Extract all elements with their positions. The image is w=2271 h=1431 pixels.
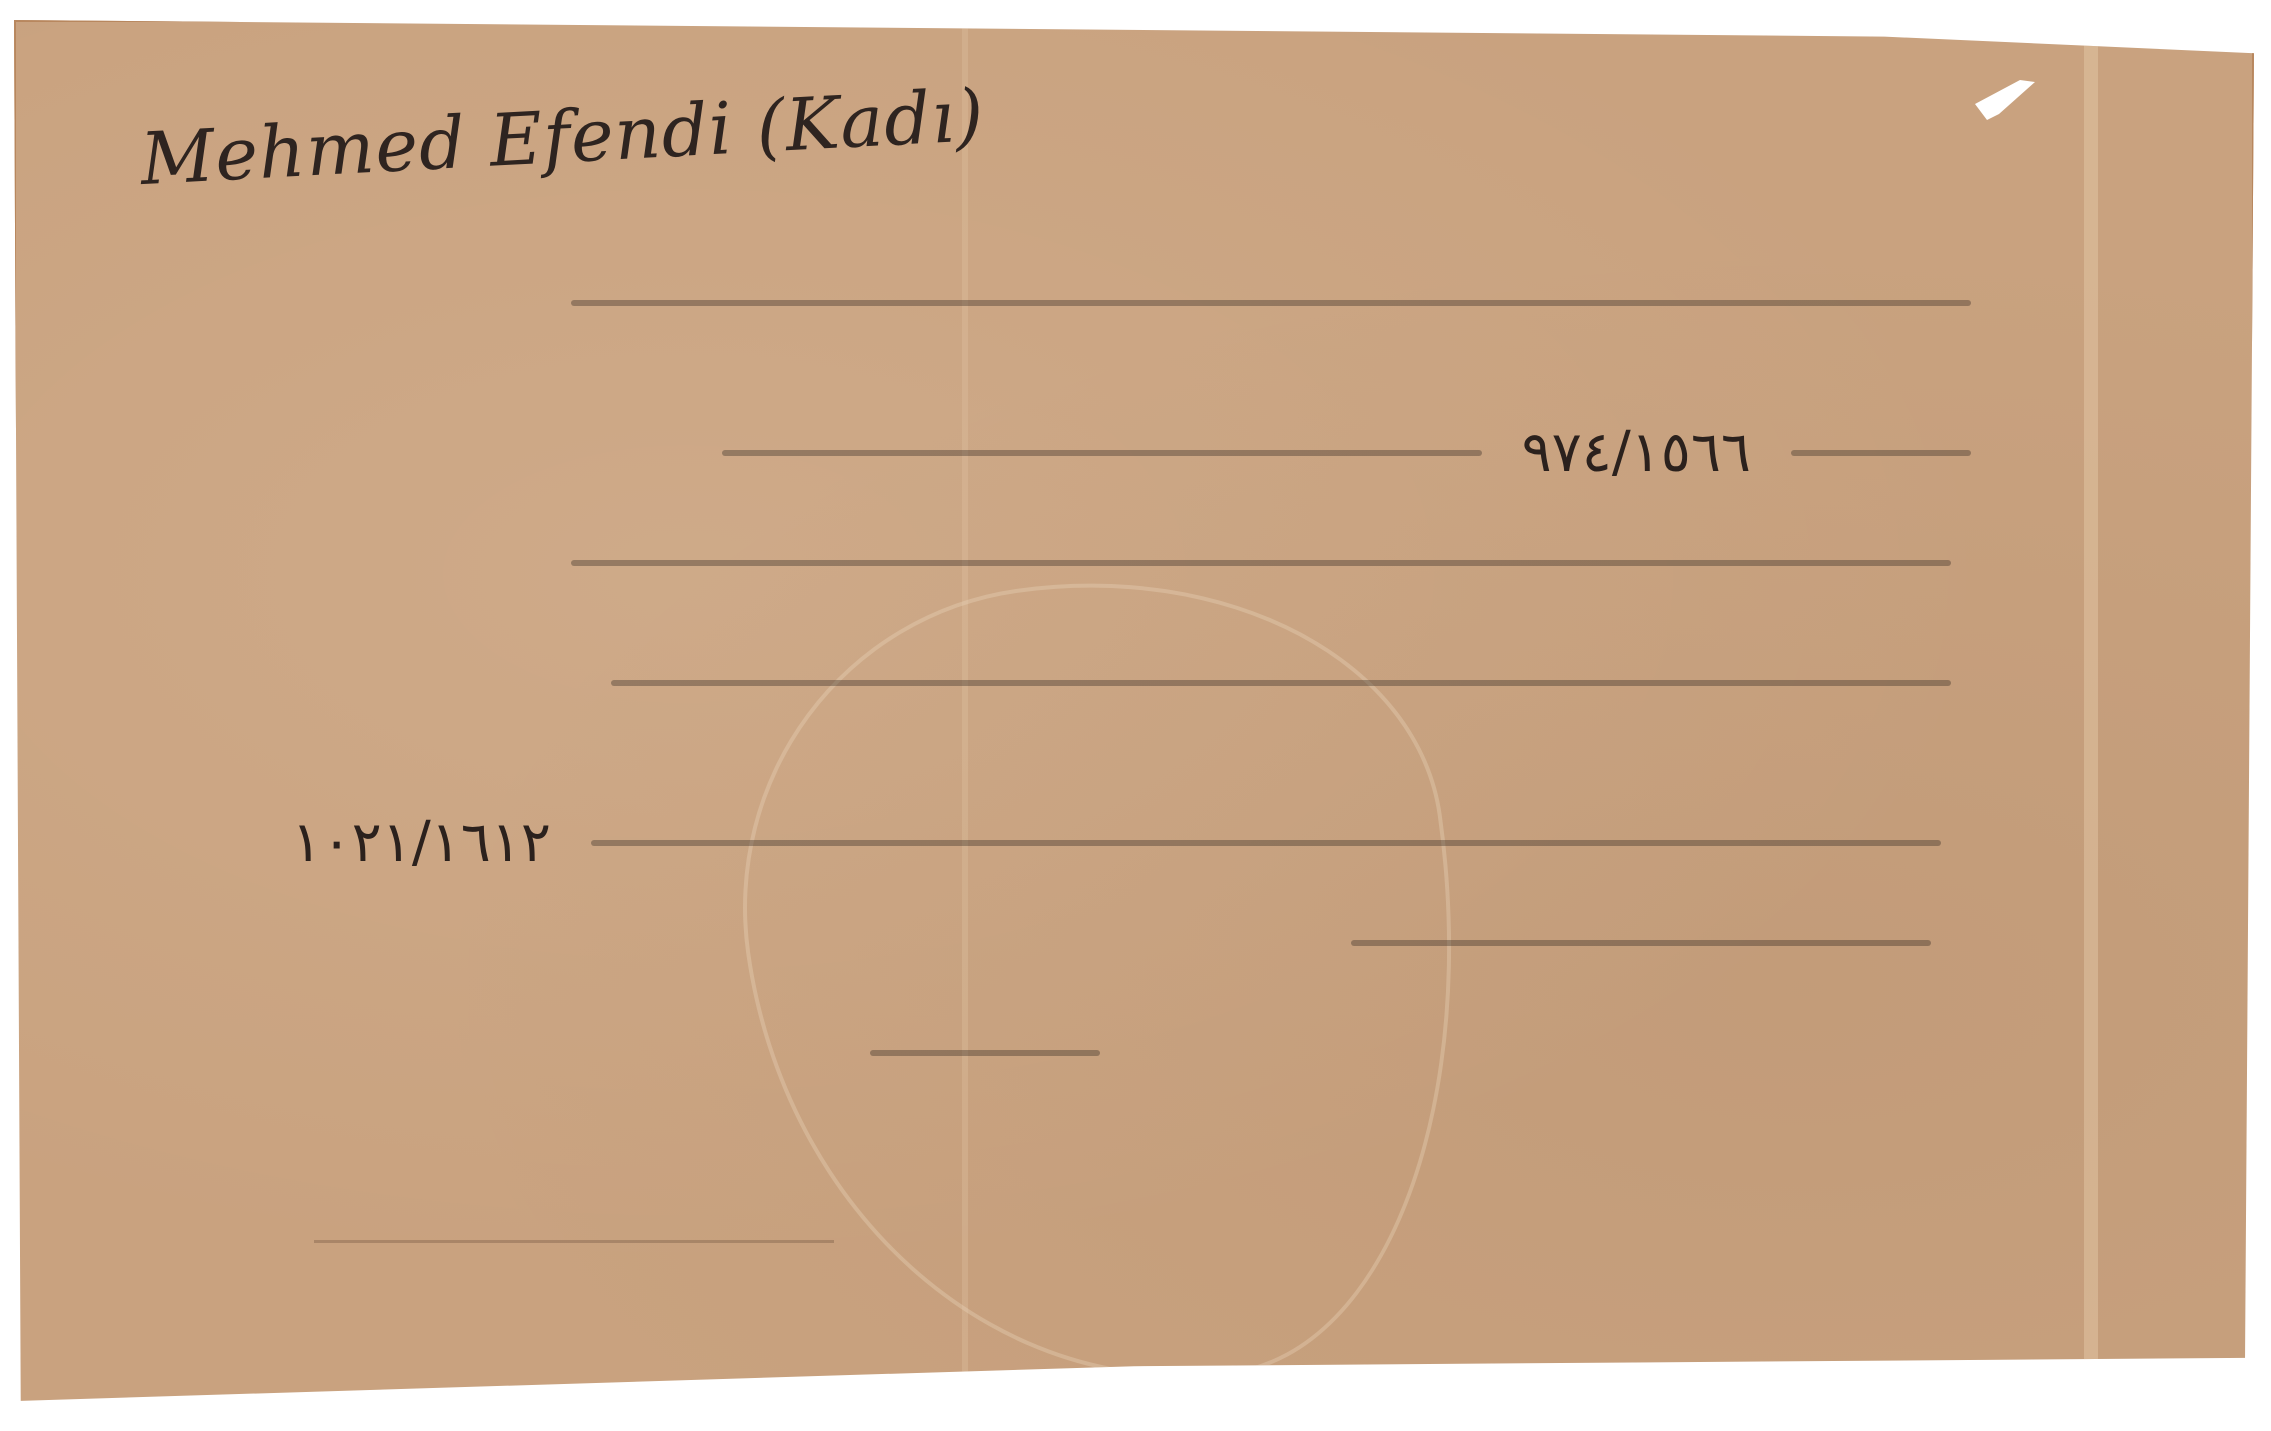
ottoman-line-7 <box>870 1050 1100 1056</box>
untranscribed-handwriting <box>1351 940 1931 946</box>
ottoman-line-5: ١٠٢١/١٦١٢ <box>292 810 1942 875</box>
untranscribed-handwriting <box>870 1050 1100 1056</box>
untranscribed-handwriting <box>571 560 1951 566</box>
ottoman-line-4 <box>611 680 1951 686</box>
date-hijri-gregorian: ٩٧٤/١٥٦٦ <box>1522 420 1751 485</box>
map-watermark <box>701 535 1515 1431</box>
ottoman-line-1 <box>571 300 1971 306</box>
untranscribed-handwriting <box>571 300 1971 306</box>
untranscribed-handwriting <box>722 450 1482 456</box>
ottoman-line-6 <box>1351 940 1931 946</box>
ottoman-line-3 <box>571 560 1951 566</box>
document-card <box>14 20 2254 1405</box>
ottoman-line-2: ٩٧٤/١٥٦٦ <box>722 420 1971 485</box>
untranscribed-handwriting <box>1791 450 1971 456</box>
untranscribed-handwriting <box>591 840 1941 846</box>
date-hijri-gregorian: ١٠٢١/١٦١٢ <box>292 810 552 875</box>
pencil-mark <box>314 1240 834 1243</box>
untranscribed-handwriting <box>611 680 1951 686</box>
paper-fold-line <box>2084 20 2098 1405</box>
